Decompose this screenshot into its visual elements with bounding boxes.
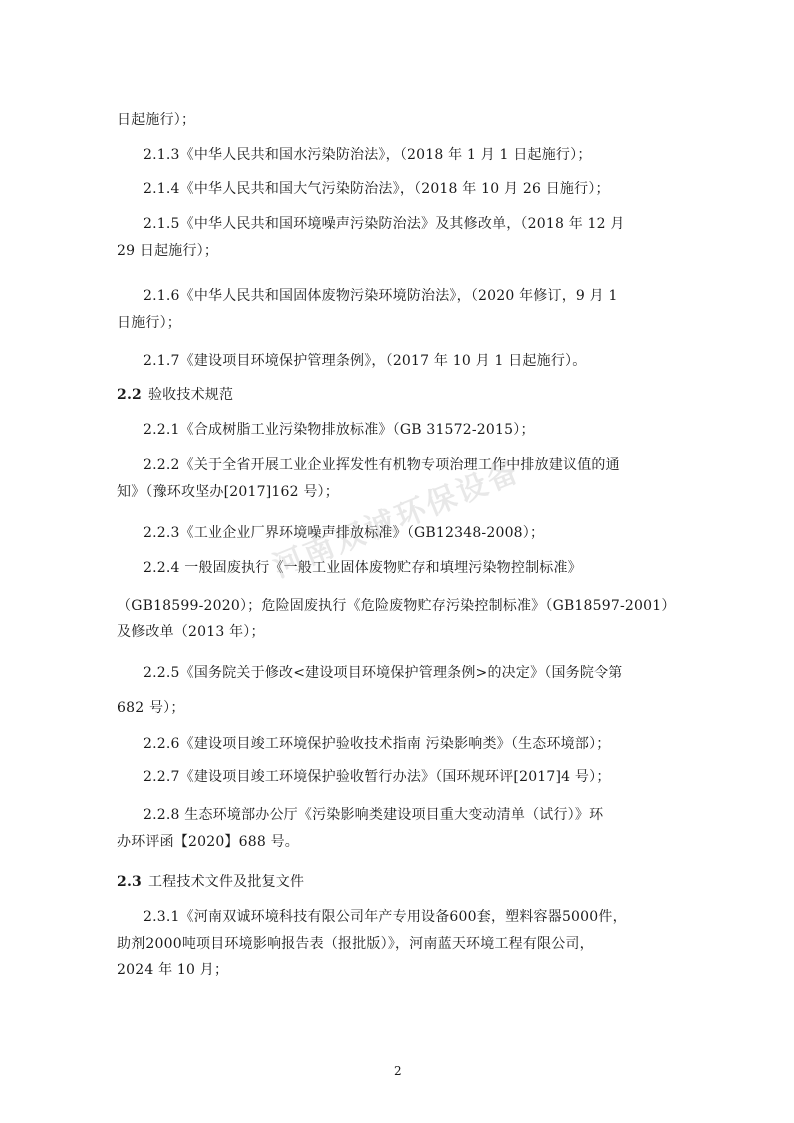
paragraph-line: （GB18599-2020）；危险固废执行《危险废物贮存污染控制标准》（GB18… [117, 597, 676, 615]
paragraph-line: 2.2.1《合成树脂工业污染物排放标准》（GB 31572-2015）； [143, 421, 535, 439]
paragraph-line: 2.1.5《中华人民共和国环境噪声污染防治法》及其修改单，（2018 年 12 … [143, 215, 625, 233]
paragraph-line: 29 日起施行）； [117, 242, 218, 260]
paragraph-line: 日起施行）； [117, 111, 195, 129]
paragraph-line: 2.2.6《建设项目竣工环境保护验收技术指南 污染影响类》（生态环境部）； [143, 735, 610, 753]
paragraph-line: 2.2.8 生态环境部办公厅《污染影响类建设项目重大变动清单（试行）》环 [143, 806, 603, 824]
document-page: 日起施行）； 2.1.3《中华人民共和国水污染防治法》，（2018 年 1 月 … [0, 0, 794, 1123]
section-number: 2.3 [117, 874, 142, 890]
paragraph-line: 及修改单（2013 年）； [117, 623, 265, 641]
paragraph-line: 知》（豫环攻坚办[2017]162 号）； [117, 483, 339, 501]
paragraph-line: 2.2.3《工业企业厂界环境噪声排放标准》（GB12348-2008）； [143, 524, 544, 542]
page-number: 2 [394, 1064, 402, 1078]
paragraph-line: 2024 年 10 月； [117, 961, 228, 979]
paragraph-line: 2.1.4《中华人民共和国大气污染防治法》，（2018 年 10 月 26 日施… [143, 180, 610, 198]
paragraph-line: 办环评函【2020】688 号。 [117, 833, 299, 851]
paragraph-line: 2.2.2《关于全省开展工业企业挥发性有机物专项治理工作中排放建议值的通 [143, 456, 620, 474]
paragraph-line: 2.3.1《河南双诚环境科技有限公司年产专用设备600套，塑料容器5000件， [143, 908, 627, 926]
paragraph-line: 日施行）； [117, 314, 181, 332]
paragraph-line: 2.2.4 一般固废执行《一般工业固体废物贮存和填埋污染物控制标准》 [143, 559, 582, 577]
paragraph-line: 2.1.7《建设项目环境保护管理条例》，（2017 年 10 月 1 日起施行）… [143, 352, 586, 370]
section-title: 验收技术规范 [148, 387, 233, 403]
paragraph-line: 助剂2000吨项目环境影响报告表（报批版）》，河南蓝天环境工程有限公司， [117, 935, 594, 953]
paragraph-line: 2.1.6《中华人民共和国固体废物污染环境防治法》，（2020 年修订，9 月 … [143, 287, 618, 305]
paragraph-line: 2.1.3《中华人民共和国水污染防治法》，（2018 年 1 月 1 日起施行）… [143, 146, 592, 164]
paragraph-line: 2.2.5《国务院关于修改<建设项目环境保护管理条例>的决定》（国务院令第 [143, 664, 622, 682]
section-heading: 2.2验收技术规范 [117, 386, 233, 404]
section-number: 2.2 [117, 387, 142, 403]
section-title: 工程技术文件及批复文件 [148, 874, 304, 890]
section-heading: 2.3工程技术文件及批复文件 [117, 873, 304, 891]
paragraph-line: 2.2.7《建设项目竣工环境保护验收暂行办法》（国环规环评[2017]4 号）； [143, 768, 611, 786]
paragraph-line: 682 号）； [117, 699, 185, 717]
